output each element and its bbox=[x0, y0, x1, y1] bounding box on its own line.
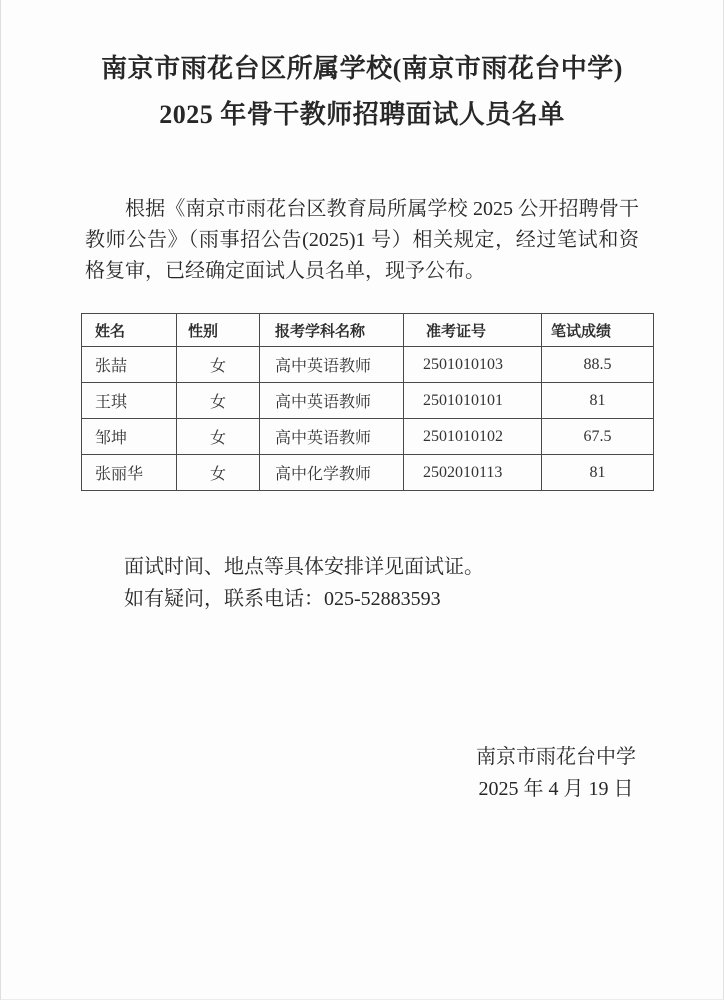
cell-gender: 女 bbox=[177, 455, 260, 491]
cell-ticket-number: 2501010102 bbox=[404, 419, 542, 455]
doc-title-line2: 2025 年骨干教师招聘面试人员名单 bbox=[1, 92, 723, 138]
cell-ticket-number: 2502010113 bbox=[404, 455, 542, 491]
cell-written-score: 67.5 bbox=[542, 419, 654, 455]
cell-gender: 女 bbox=[177, 419, 260, 455]
doc-title-line1: 南京市雨花台区所属学校(南京市雨花台中学) bbox=[1, 46, 723, 92]
signature-date: 2025 年 4 月 19 日 bbox=[476, 773, 636, 805]
cell-subject: 高中英语教师 bbox=[260, 419, 404, 455]
document-page: 南京市雨花台区所属学校(南京市雨花台中学) 2025 年骨干教师招聘面试人员名单… bbox=[0, 0, 724, 1000]
header-written-score: 笔试成绩 bbox=[542, 314, 654, 347]
cell-gender: 女 bbox=[177, 347, 260, 383]
signature-block: 南京市雨花台中学 2025 年 4 月 19 日 bbox=[1, 741, 636, 805]
signature-org: 南京市雨花台中学 bbox=[476, 741, 636, 773]
header-subject: 报考学科名称 bbox=[260, 314, 404, 347]
doc-title: 南京市雨花台区所属学校(南京市雨花台中学) 2025 年骨干教师招聘面试人员名单 bbox=[1, 0, 723, 138]
notes: 面试时间、地点等具体安排详见面试证。 如有疑问，联系电话：025-5288359… bbox=[124, 551, 639, 615]
cell-subject: 高中化学教师 bbox=[260, 455, 404, 491]
interview-roster-table: 姓名 性别 报考学科名称 准考证号 笔试成绩 张喆 女 高中英语教师 25010… bbox=[81, 313, 654, 491]
table-row: 王琪 女 高中英语教师 2501010101 81 bbox=[82, 383, 654, 419]
cell-name: 张丽华 bbox=[82, 455, 177, 491]
cell-name: 张喆 bbox=[82, 347, 177, 383]
intro-paragraph: 根据《南京市雨花台区教育局所属学校 2025 公开招聘骨干教师公告》（雨事招公告… bbox=[85, 194, 639, 287]
cell-written-score: 88.5 bbox=[542, 347, 654, 383]
cell-name: 邹坤 bbox=[82, 419, 177, 455]
header-gender: 性别 bbox=[177, 314, 260, 347]
note-interview-arrangement: 面试时间、地点等具体安排详见面试证。 bbox=[124, 551, 639, 583]
note-contact-phone: 如有疑问，联系电话：025-52883593 bbox=[124, 583, 639, 615]
table-row: 邹坤 女 高中英语教师 2501010102 67.5 bbox=[82, 419, 654, 455]
cell-ticket-number: 2501010103 bbox=[404, 347, 542, 383]
cell-written-score: 81 bbox=[542, 455, 654, 491]
cell-written-score: 81 bbox=[542, 383, 654, 419]
table-row: 张丽华 女 高中化学教师 2502010113 81 bbox=[82, 455, 654, 491]
table-row: 张喆 女 高中英语教师 2501010103 88.5 bbox=[82, 347, 654, 383]
header-ticket-number: 准考证号 bbox=[404, 314, 542, 347]
table-header-row: 姓名 性别 报考学科名称 准考证号 笔试成绩 bbox=[82, 314, 654, 347]
cell-ticket-number: 2501010101 bbox=[404, 383, 542, 419]
cell-gender: 女 bbox=[177, 383, 260, 419]
header-name: 姓名 bbox=[82, 314, 177, 347]
cell-subject: 高中英语教师 bbox=[260, 383, 404, 419]
cell-name: 王琪 bbox=[82, 383, 177, 419]
cell-subject: 高中英语教师 bbox=[260, 347, 404, 383]
